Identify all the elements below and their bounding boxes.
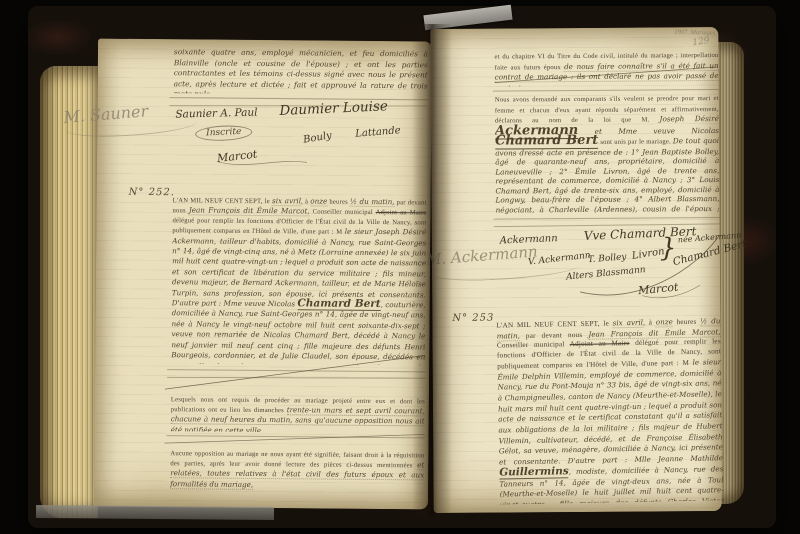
register-book-scan: soixante quatre ans, employé mécanicien,… [0, 0, 800, 534]
handwritten-hour: onze [310, 196, 327, 206]
oval-stamp: Inscrite [195, 124, 253, 141]
printed-form-text: L'AN MIL NEUF CENT SEPT, le [173, 197, 272, 205]
handwritten-date: six avril [613, 318, 644, 329]
separator-rule [170, 97, 428, 100]
handwritten-officer-name: Jean François dit Émile Marcot, [189, 206, 310, 217]
right-page: 1907. Mariages. 129 et du chapitre VI du… [430, 27, 721, 513]
code-civil-paragraph: et du chapitre VI du Titre du Code civil… [494, 51, 718, 87]
publications-paragraph: Lesquels nous ont requis de procéder au … [171, 395, 425, 433]
corner-pencil-mark: 129 [692, 36, 710, 48]
record-252-text: L'AN MIL NEUF CENT SEPT, le six avril, à… [171, 195, 426, 365]
signature-officer: Marcot [216, 148, 258, 165]
signature-witness: Bouly [302, 130, 332, 146]
separator-rule [167, 377, 425, 379]
bottom-edge-highlight [36, 505, 274, 520]
separator-rule [167, 369, 425, 372]
signature-officer: Marcot [638, 281, 679, 298]
left-page: soixante quatre ans, employé mécanicien,… [94, 39, 432, 510]
corner-annotation: 1907. Mariages. [674, 29, 717, 37]
opposition-paragraph: Aucune opposition au mariage ne nous aya… [170, 449, 424, 493]
signature-witness: T. Bolley [588, 252, 627, 265]
record-253-text: L'AN MIL NEUF CENT SEPT, le six avril, à… [496, 316, 723, 504]
record-number-252: N° 252. [129, 187, 175, 198]
handwritten-groom-details: employé de commerce, domicilié à Nancy, … [498, 368, 724, 467]
signature-witness: Alters Blassmann [566, 265, 646, 282]
handwritten-bride-details: , couturière, domiciliée à Nancy, rue Sa… [171, 300, 426, 365]
marriage-declaration-paragraph: Nous avons demandé aux comparants s'ils … [495, 93, 720, 215]
separator-rule [493, 89, 719, 92]
struck-printed-text: Adjoint au Maire [570, 339, 630, 348]
previous-record-ending: soixante quatre ans, employé mécanicien,… [174, 47, 428, 95]
signature-witness: Lattande [355, 125, 401, 140]
handwritten-witnesses: De tout quoi avons dressé acte en présen… [495, 136, 719, 215]
handwritten-date: six avril [272, 196, 301, 206]
record-number-253: N° 253 [452, 313, 494, 324]
struck-printed-text: Adjoint au Maire [376, 209, 427, 216]
signature-bride: Daumier Louise [279, 98, 388, 119]
separator-rule [167, 435, 425, 438]
separator-rule [494, 217, 720, 220]
